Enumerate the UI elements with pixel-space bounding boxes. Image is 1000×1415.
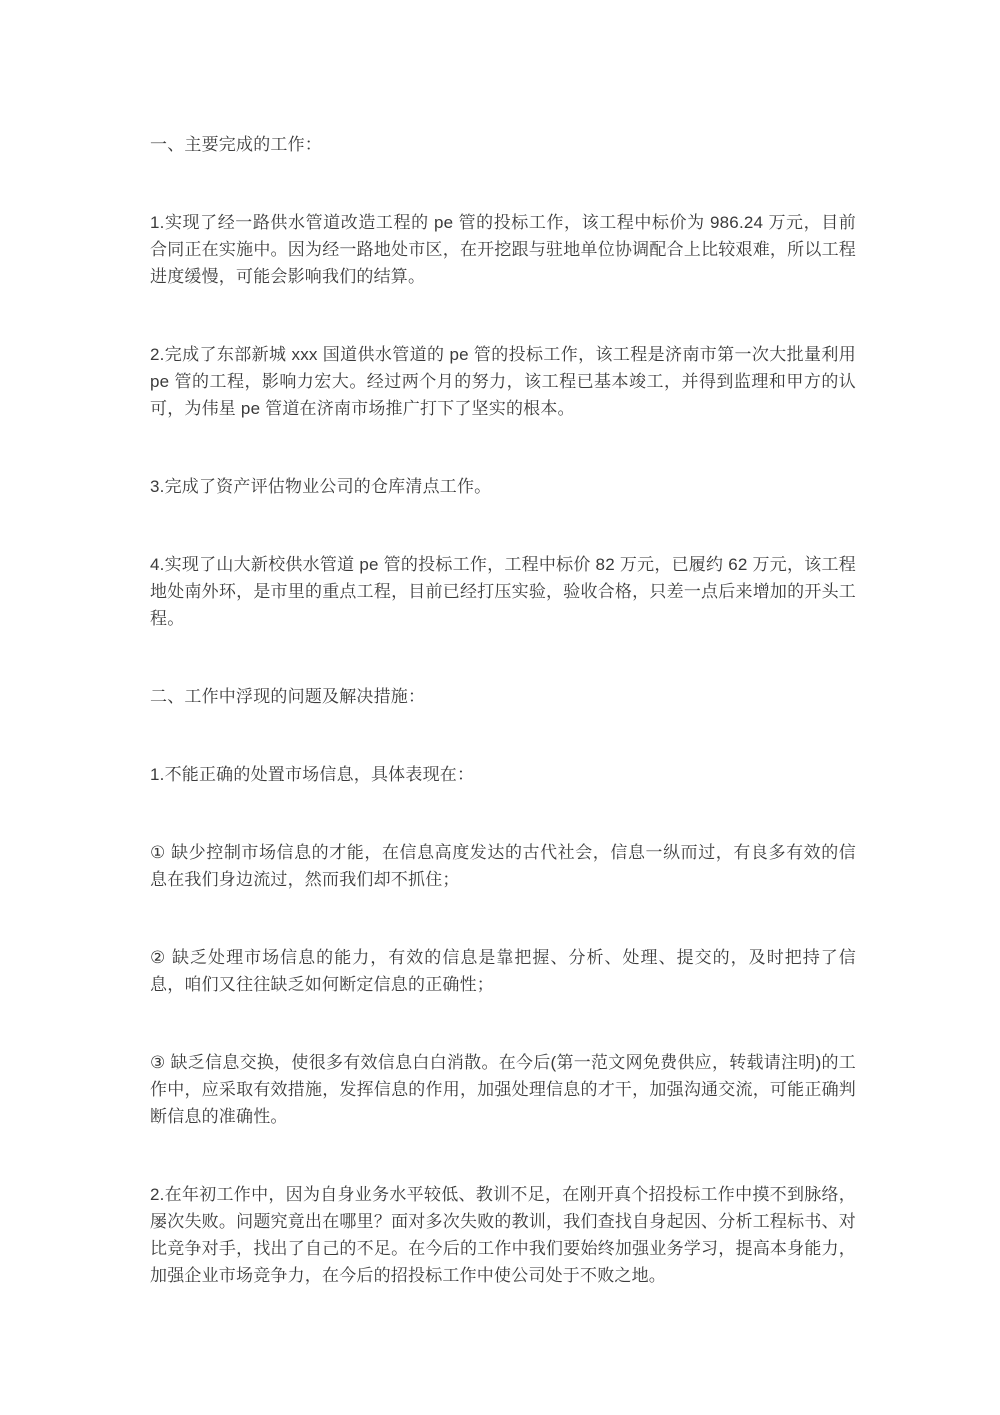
paragraph-problem-1-point-2: ② 缺乏处理市场信息的能力，有效的信息是靠把握、分析、处理、提交的，及时把持了信… [150, 944, 856, 998]
paragraph-problem-1-point-3: ③ 缺乏信息交换，使很多有效信息白白消散。在今后(第一范文网免费供应，转载请注明… [150, 1049, 856, 1130]
section-heading-problems-measures: 二、工作中浮现的问题及解决措施： [150, 683, 856, 710]
section-heading-main-work: 一、主要完成的工作： [150, 131, 856, 158]
paragraph-problem-2: 2.在年初工作中，因为自身业务水平较低、教训不足，在刚开真个招投标工作中摸不到脉… [150, 1181, 856, 1289]
paragraph-item-2: 2.完成了东部新城 xxx 国道供水管道的 pe 管的投标工作，该工程是济南市第… [150, 341, 856, 422]
paragraph-item-4: 4.实现了山大新校供水管道 pe 管的投标工作，工程中标价 82 万元，已履约 … [150, 551, 856, 632]
document-content: 一、主要完成的工作： 1.实现了经一路供水管道改造工程的 pe 管的投标工作，该… [150, 131, 856, 1289]
paragraph-item-1: 1.实现了经一路供水管道改造工程的 pe 管的投标工作，该工程中标价为 986.… [150, 209, 856, 290]
paragraph-item-3: 3.完成了资产评估物业公司的仓库清点工作。 [150, 473, 856, 500]
document-page: 一、主要完成的工作： 1.实现了经一路供水管道改造工程的 pe 管的投标工作，该… [0, 0, 1000, 1415]
paragraph-problem-1-point-1: ① 缺少控制市场信息的才能，在信息高度发达的古代社会，信息一纵而过，有良多有效的… [150, 839, 856, 893]
paragraph-problem-1: 1.不能正确的处置市场信息，具体表现在： [150, 761, 856, 788]
